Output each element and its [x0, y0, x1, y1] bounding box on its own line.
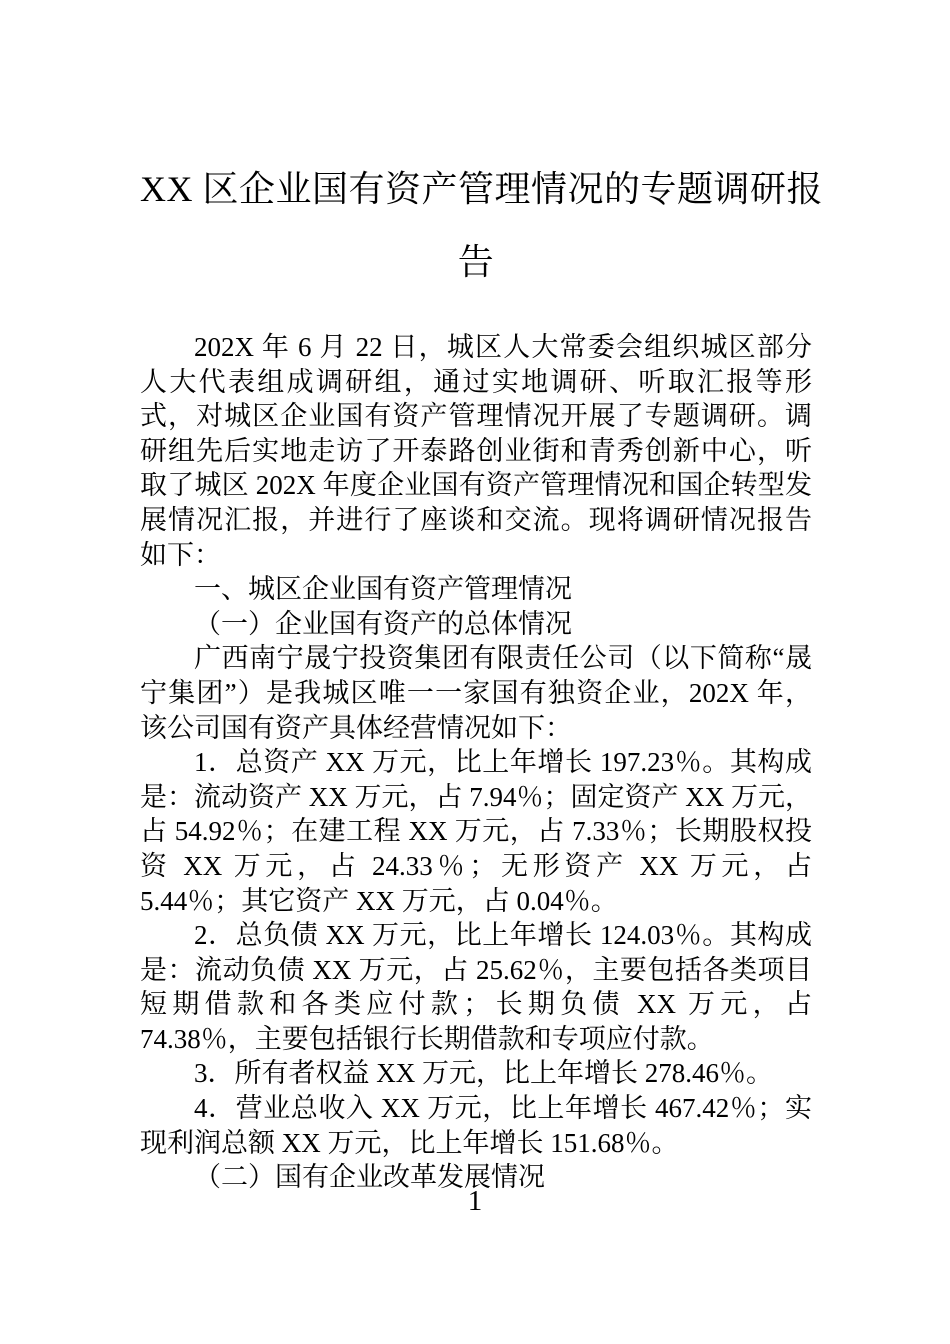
paragraph-total-assets: 1．总资产 XX 万元，比上年增长 197.23％。其构成是：流动资产 XX 万… — [140, 745, 812, 918]
paragraph-company-overview: 广西南宁晟宁投资集团有限责任公司（以下简称“晟宁集团”）是我城区唯一一家国有独资… — [140, 641, 812, 745]
page-number: 1 — [0, 1184, 950, 1218]
paragraph-revenue-profit: 4．营业总收入 XX 万元，比上年增长 467.42％；实现利润总额 XX 万元… — [140, 1091, 812, 1160]
document-page: XX 区企业国有资产管理情况的专题调研报 告 202X 年 6 月 22 日，城… — [0, 0, 950, 1344]
document-body: 202X 年 6 月 22 日，城区人大常委会组织城区部分人大代表组成调研组，通… — [140, 330, 812, 1195]
paragraph-intro: 202X 年 6 月 22 日，城区人大常委会组织城区部分人大代表组成调研组，通… — [140, 330, 812, 572]
paragraph-owner-equity: 3．所有者权益 XX 万元，比上年增长 278.46％。 — [140, 1056, 812, 1091]
paragraph-total-liabilities: 2．总负债 XX 万元，比上年增长 124.03％。其构成是：流动负债 XX 万… — [140, 918, 812, 1056]
document-title-line-1: XX 区企业国有资产管理情况的专题调研报 — [140, 153, 812, 226]
document-title: XX 区企业国有资产管理情况的专题调研报 告 — [140, 153, 812, 299]
document-content: XX 区企业国有资产管理情况的专题调研报 告 202X 年 6 月 22 日，城… — [140, 0, 812, 1195]
section-heading-1: 一、城区企业国有资产管理情况 — [140, 572, 812, 607]
subsection-heading-1-1: （一）企业国有资产的总体情况 — [140, 607, 812, 642]
document-title-line-2: 告 — [140, 226, 812, 299]
